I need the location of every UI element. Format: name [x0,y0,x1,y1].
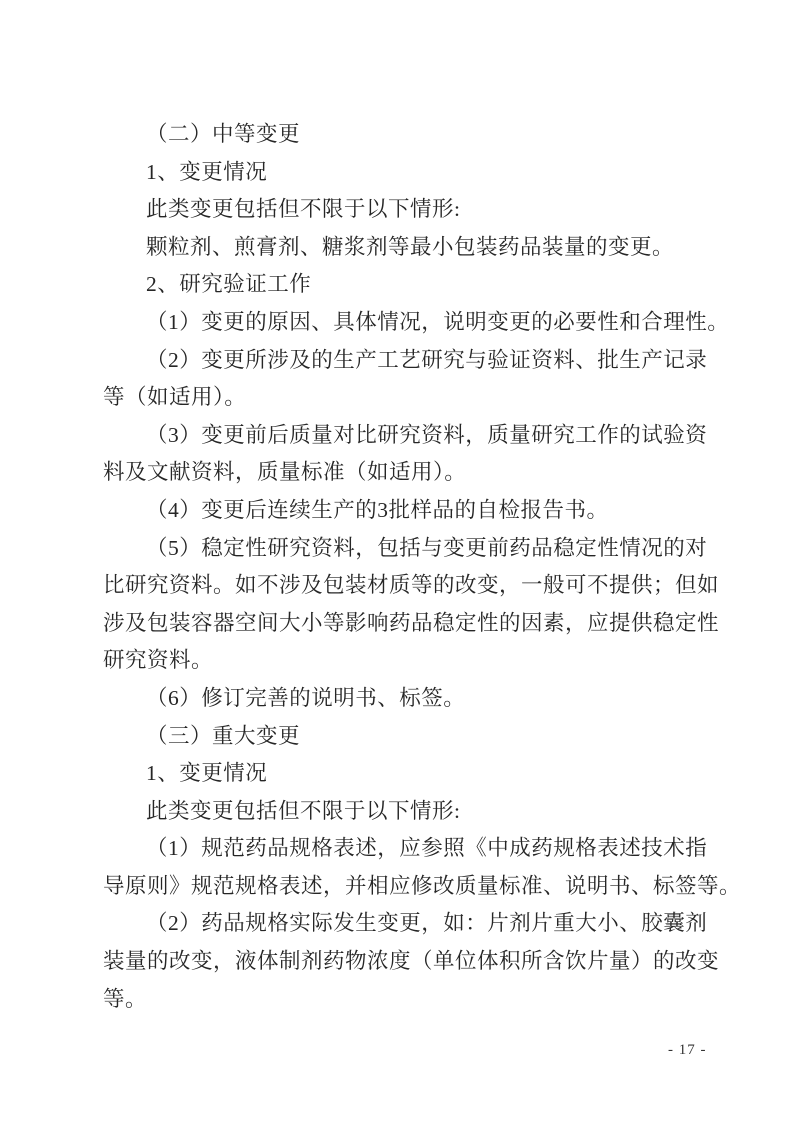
text-line: （3）变更前后质量对比研究资料，质量研究工作的试验资 [103,417,743,455]
document-page: （二）中等变更1、变更情况此类变更包括但不限于以下情形:颗粒剂、煎膏剂、糖浆剂等… [0,0,800,1131]
text-line: 研究资料。 [103,642,743,680]
text-line: 导原则》规范规格表述，并相应修改质量标准、说明书、标签等。 [103,868,743,906]
page-number: - 17 - [668,1042,707,1059]
text-line: 2、研究验证工作 [103,266,743,304]
text-line: 此类变更包括但不限于以下情形: [103,191,743,229]
text-line: 等（如适用）。 [103,379,743,417]
text-line: 比研究资料。如不涉及包装材质等的改变，一般可不提供；但如 [103,567,743,605]
text-line: 1、变更情况 [103,755,743,793]
text-line: 装量的改变，液体制剂药物浓度（单位体积所含饮片量）的改变 [103,943,743,981]
text-line: （2）药品规格实际发生变更，如：片剂片重大小、胶囊剂 [103,905,743,943]
document-body: （二）中等变更1、变更情况此类变更包括但不限于以下情形:颗粒剂、煎膏剂、糖浆剂等… [103,116,743,1018]
text-line: （5）稳定性研究资料，包括与变更前药品稳定性情况的对 [103,530,743,568]
text-line: 料及文献资料，质量标准（如适用）。 [103,454,743,492]
text-line: （1）变更的原因、具体情况，说明变更的必要性和合理性。 [103,304,743,342]
text-line: （4）变更后连续生产的3批样品的自检报告书。 [103,492,743,530]
text-line: （2）变更所涉及的生产工艺研究与验证资料、批生产记录 [103,342,743,380]
text-line: 涉及包装容器空间大小等影响药品稳定性的因素，应提供稳定性 [103,605,743,643]
text-line: （三）重大变更 [103,718,743,756]
text-line: 等。 [103,981,743,1019]
text-line: （6）修订完善的说明书、标签。 [103,680,743,718]
text-line: 此类变更包括但不限于以下情形: [103,793,743,831]
text-line: （1）规范药品规格表述，应参照《中成药规格表述技术指 [103,830,743,868]
text-line: 颗粒剂、煎膏剂、糖浆剂等最小包装药品装量的变更。 [103,229,743,267]
text-line: 1、变更情况 [103,154,743,192]
text-line: （二）中等变更 [103,116,743,154]
